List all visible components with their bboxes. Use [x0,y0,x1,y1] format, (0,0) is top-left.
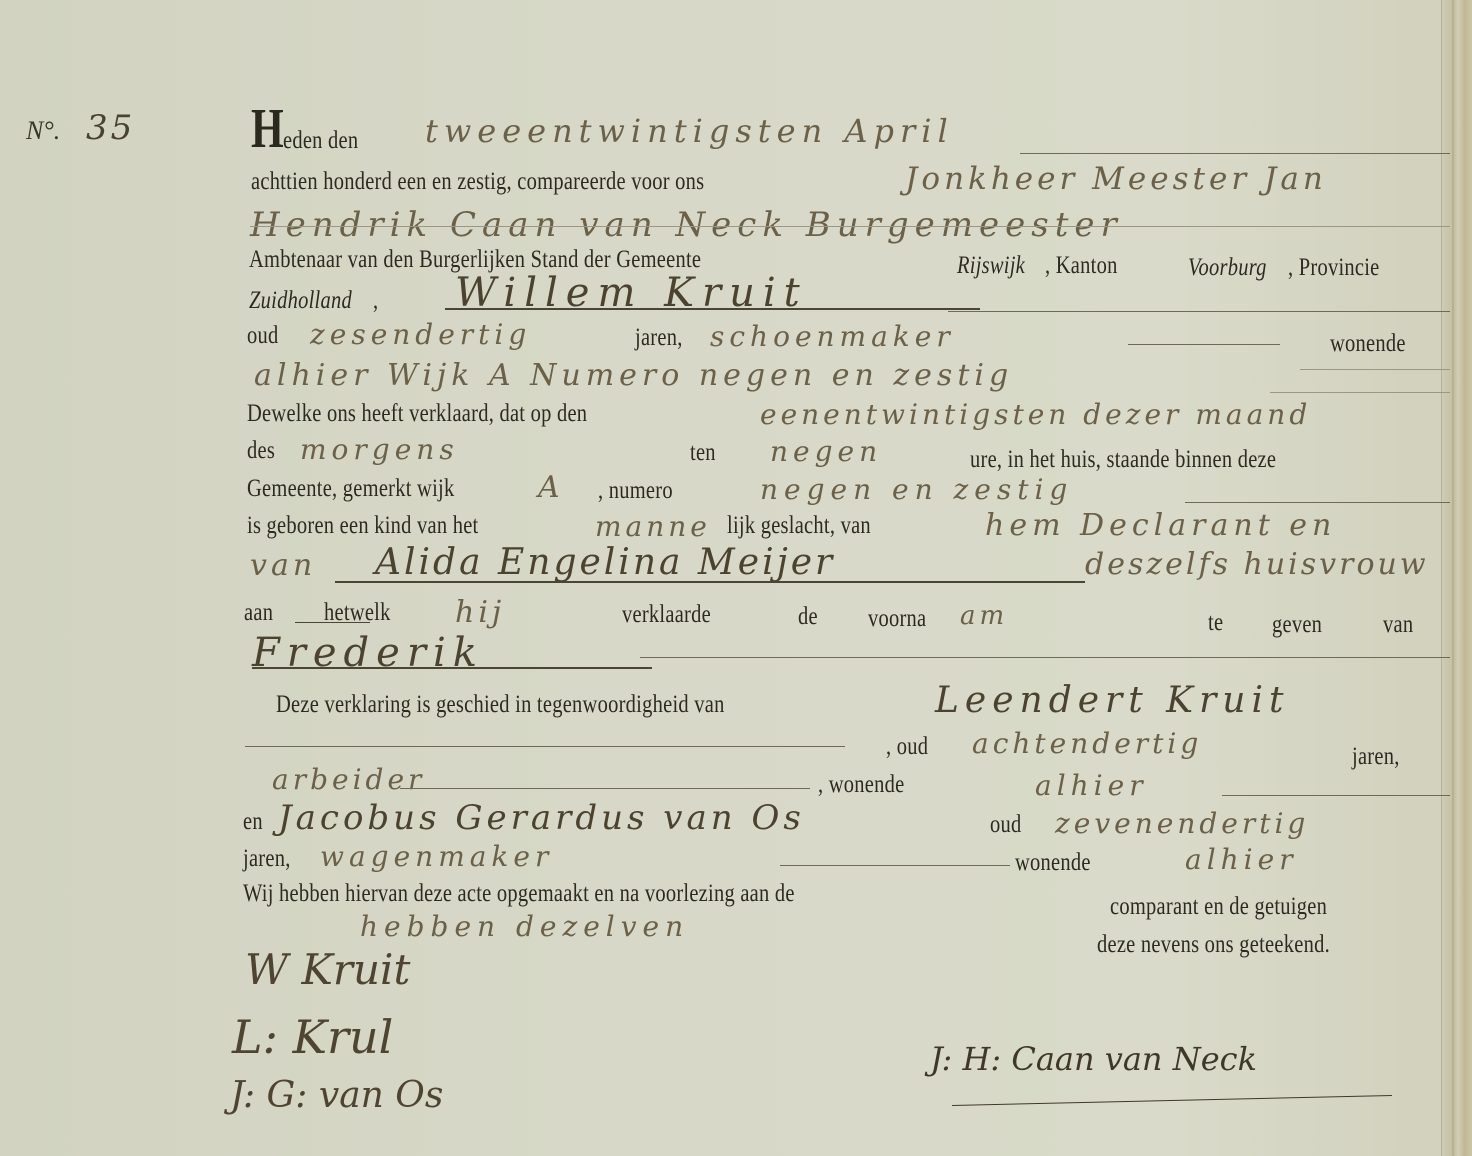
printed-ure-huis: ure, in het huis, staande binnen deze [970,446,1276,474]
fill-line [245,746,845,747]
handwritten-declarant-address: alhier Wijk A Numero negen en zestig [254,358,1013,393]
printed-van: van [1383,611,1413,639]
signature-official: J: H: Caan van Neck [930,1040,1257,1078]
certificate-number: 35 [86,108,135,148]
fill-line [948,311,1450,312]
printed-wonende-2: , wonende [818,771,904,799]
printed-des: des [247,437,275,465]
fill-line [1300,369,1450,370]
printed-de: de [798,603,818,631]
handwritten-witness1-age: achtendertig [972,727,1202,760]
handwritten-witness2-name: Jacobus Gerardus van Os [278,798,805,838]
provincie-name: Zuidholland [249,287,352,315]
printed-voorna: voorna [868,605,926,633]
handwritten-date: tweeentwintigsten April [425,112,954,150]
printed-oud-3: oud [990,811,1021,839]
printed-aan: aan [244,599,273,627]
printed-verklaarde: verklaarde [622,601,711,629]
printed-geven: geven [1272,611,1322,639]
printed-wonende-3: wonende [1015,849,1091,877]
handwritten-witness1-occupation: arbeider [272,763,425,796]
handwritten-sex: manne [595,510,711,543]
printed-te: te [1208,609,1223,637]
fill-line [1222,795,1450,796]
printed-ten: ten [690,439,716,467]
printed-jaren-2: jaren, [1352,743,1400,771]
kanton-name: Voorburg [1188,254,1267,282]
printed-is-geboren: is geboren een kind van het [247,512,479,540]
handwritten-time-of-day: morgens [300,433,459,466]
certificate-number-label: N°. [26,116,60,146]
handwritten-official-name: Hendrik Caan van Neck Burgemeester [250,205,1123,245]
handwritten-mother-relation: deszelfs huisvrouw [1085,547,1429,582]
signature-witness2: J: G: van Os [230,1075,443,1116]
handwritten-declarant-occupation: schoenmaker [710,320,955,353]
short-underline [295,622,370,623]
printed-kanton: , Kanton [1045,252,1118,280]
handwritten-hij: hij [455,595,505,630]
signature-declarant: W Kruit [245,945,410,994]
comma: , [373,287,378,315]
fill-line [400,788,810,789]
handwritten-declarant-age: zesendertig [310,318,531,351]
book-binding-edge [1441,0,1472,1156]
drop-cap-initial: H [251,101,284,157]
printed-dewelke: Dewelke ons heeft verklaard, dat op den [247,400,587,428]
printed-geslacht-van: lijk geslacht, van [727,512,871,540]
handwritten-hour: negen [770,435,882,468]
document-page: N°. 35 H eden den tweeentwintigsten Apri… [0,0,1472,1156]
handwritten-child-name: Frederik [252,630,484,676]
printed-comparant: comparant en de getuigen [1110,893,1327,921]
printed-oud: oud [247,322,278,350]
mother-name-underline [335,581,1085,583]
gemeente-name: Rijswijk [957,252,1025,280]
fill-line [1185,502,1450,503]
printed-wonende: wonende [1330,330,1406,358]
fill-line [1128,344,1280,345]
handwritten-house-number: negen en zestig [760,473,1073,506]
handwritten-am: am [960,601,1008,631]
name-underline [445,308,980,310]
printed-en: en [243,808,263,836]
printed-geteekend: deze nevens ons geteekend. [1097,931,1330,959]
handwritten-official-title: Jonkheer Meester Jan [905,161,1327,197]
handwritten-hebben-dezelven: hebben dezelven [360,910,689,943]
handwritten-witness2-age: zevenendertig [1055,807,1309,840]
printed-oud-2: , oud [886,733,928,761]
fill-line [1270,392,1450,393]
handwritten-van: van [250,548,316,583]
handwritten-witness2-address: alhier [1185,843,1298,876]
handwritten-father-ref: hem Declarant en [985,508,1336,543]
binding-fold-line [1452,0,1454,1156]
printed-jaren: jaren, [635,324,683,352]
fill-line [250,226,1450,227]
signature-witness1: L: Krul [232,1010,393,1064]
handwritten-mother-name: Alida Engelina Meijer [375,542,835,583]
printed-heden-den: eden den [283,127,358,155]
printed-year-line: achttien honderd een en zestig, comparee… [251,168,704,196]
printed-wij-hebben: Wij hebben hiervan deze acte opgemaakt e… [243,880,795,908]
child-name-underline [252,667,652,669]
printed-jaren-3: jaren, [243,845,291,873]
handwritten-witness2-occupation: wagenmaker [320,840,553,873]
printed-gemeente-wijk: Gemeente, gemerkt wijk [247,475,454,503]
handwritten-birth-date: eenentwintigsten dezer maand [760,398,1311,431]
handwritten-witness1-name: Leendert Kruit [935,680,1289,721]
printed-provincie: , Provincie [1288,254,1380,282]
fill-line [1020,153,1450,154]
handwritten-witness1-address: alhier [1035,769,1148,802]
official-signature-underline [952,1095,1392,1106]
handwritten-wijk: A [538,470,564,505]
fill-line [780,865,1010,866]
printed-numero: , numero [598,477,673,505]
fill-line [640,657,1450,658]
printed-deze-verklaring: Deze verklaring is geschied in tegenwoor… [276,691,725,719]
